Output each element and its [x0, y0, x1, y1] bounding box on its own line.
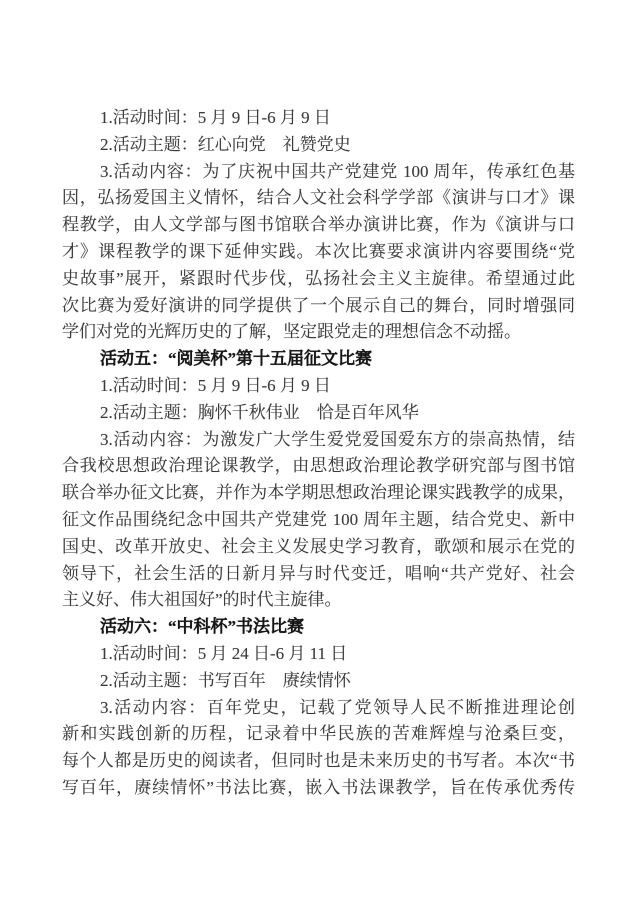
list-item-line: 1.活动时间：5 月 9 日-6 月 9 日	[62, 105, 575, 132]
paragraph-line: 每个人都是历史的阅读者，但同时也是未来历史的书写者。本次“书	[62, 748, 575, 775]
paragraph-line: 国史、改革开放史、社会主义发展史学习教育，歌颂和展示在党的	[62, 534, 575, 561]
list-item-line: 2.活动主题：红心向党 礼赞党史	[62, 132, 575, 159]
paragraph-line: 主义好、伟大祖国好”的时代主旋律。	[62, 587, 575, 614]
section-heading: 活动五：“阅美杯”第十五届征文比赛	[62, 346, 575, 373]
document-page: 1.活动时间：5 月 9 日-6 月 9 日2.活动主题：红心向党 礼赞党史3.…	[0, 0, 636, 900]
list-item-line: 2.活动主题：胸怀千秋伟业 恰是百年风华	[62, 400, 575, 427]
document-text-block: 1.活动时间：5 月 9 日-6 月 9 日2.活动主题：红心向党 礼赞党史3.…	[62, 105, 575, 802]
list-item-line: 2.活动主题：书写百年 赓续情怀	[62, 668, 575, 695]
paragraph-line: 因，弘扬爱国主义情怀，结合人文社会科学学部《演讲与口才》课	[62, 185, 575, 212]
list-item-line: 1.活动时间：5 月 24 日-6 月 11 日	[62, 641, 575, 668]
list-item-line: 1.活动时间：5 月 9 日-6 月 9 日	[62, 373, 575, 400]
list-item-line: 3.活动内容：为激发广大学生爱党爱国爱东方的崇高热情，结	[62, 427, 575, 454]
list-item-line: 3.活动内容：百年党史，记载了党领导人民不断推进理论创	[62, 695, 575, 722]
section-heading: 活动六：“中科杯”书法比赛	[62, 614, 575, 641]
paragraph-line: 次比赛为爱好演讲的同学提供了一个展示自己的舞台，同时增强同	[62, 293, 575, 320]
paragraph-line: 才》课程教学的课下延伸实践。本次比赛要求演讲内容要围绕“党	[62, 239, 575, 266]
paragraph-line: 征文作品围绕纪念中国共产党建党 100 周年主题，结合党史、新中	[62, 507, 575, 534]
paragraph-line: 学们对党的光辉历史的了解，坚定跟党走的理想信念不动摇。	[62, 319, 575, 346]
paragraph-line: 合我校思想政治理论课教学，由思想政治理论教学研究部与图书馆	[62, 453, 575, 480]
paragraph-line: 领导下，社会生活的日新月异与时代变迁，唱响“共产党好、社会	[62, 561, 575, 588]
list-item-line: 3.活动内容：为了庆祝中国共产党建党 100 周年，传承红色基	[62, 159, 575, 186]
paragraph-line: 史故事”展开，紧跟时代步伐，弘扬社会主义主旋律。希望通过此	[62, 266, 575, 293]
paragraph-line: 程教学，由人文学部与图书馆联合举办演讲比赛，作为《演讲与口	[62, 212, 575, 239]
paragraph-line: 新和实践创新的历程，记录着中华民族的苦难辉煌与沧桑巨变，	[62, 721, 575, 748]
paragraph-line: 联合举办征文比赛，并作为本学期思想政治理论课实践教学的成果，	[62, 480, 575, 507]
paragraph-line: 写百年，赓续情怀”书法比赛，嵌入书法课教学，旨在传承优秀传	[62, 775, 575, 802]
